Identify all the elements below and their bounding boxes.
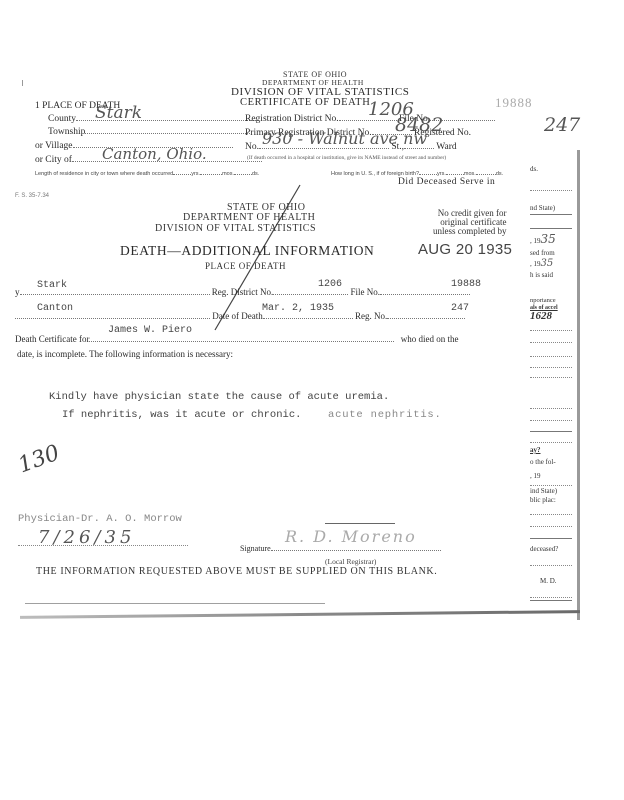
request-line-1: Kindly have physician state the cause of… [49,391,389,403]
margin-fragment: nportance [530,297,556,304]
footer-notice: THE INFORMATION REQUESTED ABOVE MUST BE … [36,566,437,577]
margin-line [530,420,572,421]
file-no-stamp: 19888 [495,95,533,111]
form-code: F. S. 35-7.34 [15,193,49,199]
local-registrar-label: (Local Registrar) [325,557,376,566]
margin-line [530,431,572,432]
margin-line [530,214,572,215]
registrar-signature: R. D. Moreno [285,527,417,546]
margin-line [530,485,572,486]
margin-line [530,538,572,539]
margin-line [530,367,572,368]
margin-fragment: ds. [530,165,538,173]
margin-fragment: ind State) [530,487,557,495]
margin-fragment: ay? [530,446,541,454]
margin-line [530,377,572,378]
residence-length-row: Length of residence in city or town wher… [35,171,259,177]
addl-reg-district-value: 1206 [318,279,342,290]
margin-fragment: deceased? [530,545,558,553]
signature-stroke [325,523,395,524]
margin-line [530,526,572,527]
certificate-frame-bottom-edge [20,610,580,619]
margin-fragment: nd State) [530,204,555,212]
form-title: DEATH—ADDITIONAL INFORMATION [120,243,374,259]
addl-division-header: DIVISION OF VITAL STATISTICS [155,223,316,234]
addl-department-header: DEPARTMENT OF HEALTH [183,212,315,223]
margin-fragment: h is said [530,271,553,279]
physician-line: Physician-Dr. A. O. Morrow [18,513,182,525]
margin-fragment: M. D. [540,577,557,585]
margin-line [530,514,572,515]
county-label: County [48,114,256,124]
certificate-frame-right-edge [577,150,580,620]
addl-city-row: Date of Death Reg. No. [15,311,465,321]
margin-line [530,356,572,357]
margin-fragment: , 19 [530,472,541,480]
margin-fragment: o the fol- [530,458,556,466]
margin-number-handwritten: 130 [15,441,63,479]
certificate-frame-inner-line [25,603,325,604]
margin-year-handwritten: 35 [541,232,556,246]
addl-county-value: Stark [37,280,67,291]
signed-date-handwritten: 7/26/35 [38,527,135,548]
date-of-death-value: Mar. 2, 1935 [262,303,334,314]
addl-city-value: Canton [37,303,73,314]
addl-county-row: y Reg. District No. File No. [15,287,470,297]
margin-fragment: , 19 [530,237,541,245]
margin-line [530,408,572,409]
margin-year-handwritten: 35 [541,258,554,269]
margin-fragment: sed from [530,249,555,257]
margin-line [530,330,572,331]
margin-line [530,190,572,191]
county-value-handwritten: Stark [95,103,142,123]
reg-no-value: 247 [451,303,469,314]
received-date-stamp: AUG 20 1935 [418,241,512,258]
form-subtitle: PLACE OF DEATH [205,261,286,271]
margin-value-handwritten: 1628 [530,310,552,322]
street-value-handwritten: 930 - Walnut ave nw [262,129,427,148]
township-label: Township [48,127,250,137]
frame-mark [22,80,23,86]
addl-file-no-value: 19888 [451,279,481,290]
city-value-handwritten: Canton, Ohio. [102,145,207,163]
orig-certificate-title: CERTIFICATE OF DEATH [240,97,370,108]
margin-line [530,342,572,343]
margin-line [530,228,572,229]
credit-note: No credit given for original certificate… [433,209,507,236]
margin-line [530,597,572,598]
deceased-name: James W. Piero [108,325,192,336]
margin-line [530,565,572,566]
hospital-note: (If death occurred in a hospital or inst… [247,155,446,161]
physician-answer: acute nephritis. [328,409,442,421]
margin-line [530,600,572,601]
certificate-for-row: Death Certificate for who died on the [15,334,458,344]
registered-no-value: 247 [544,114,580,136]
margin-fragment: blic plac: [530,496,556,504]
margin-line [530,442,572,443]
margin-fragment: , 19 [530,260,541,268]
served-label: Did Deceased Serve in [398,177,495,187]
incomplete-note: date, is incomplete. The following infor… [17,349,233,359]
request-line-2: If nephritis, was it acute or chronic. [62,409,301,421]
